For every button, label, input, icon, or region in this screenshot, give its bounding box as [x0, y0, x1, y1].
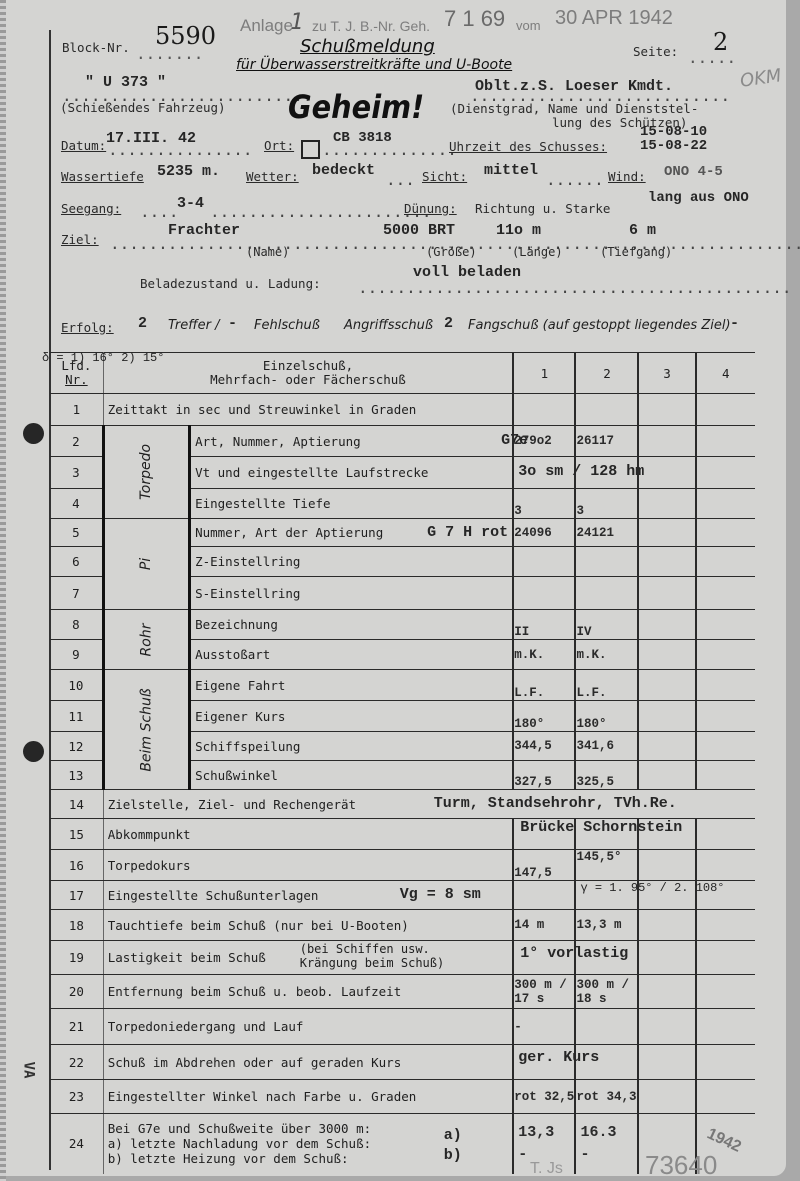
- row-value-3: [638, 519, 695, 547]
- ziel-groesse-value: 5000 BRT: [383, 222, 455, 239]
- row-number: 12: [50, 732, 103, 761]
- row-value-2: 3: [575, 489, 638, 519]
- row-value-3: [638, 941, 695, 975]
- row-value-2b: -: [576, 1144, 637, 1166]
- caption-groesse: (Größe): [426, 245, 477, 259]
- col-header-3: 3: [638, 353, 695, 394]
- ziel-label: Ziel:: [61, 232, 99, 247]
- row-value-3: [638, 610, 695, 640]
- caption-tiefgang: (Tiefgang): [600, 245, 672, 259]
- col-header-4: 4: [696, 353, 755, 394]
- ziel-name-value: Frachter: [168, 222, 240, 239]
- wassertiefe-value: 5235 m.: [157, 163, 220, 180]
- duenung-caption: Richtung u. Starke: [475, 201, 610, 216]
- row-value-4: [696, 761, 755, 790]
- row-value-1: II: [513, 610, 575, 640]
- row-value-2: L.F.: [575, 670, 638, 701]
- row-value-1: [513, 394, 575, 426]
- row-value-4: [696, 640, 755, 670]
- section-torpedo: Torpedo: [103, 426, 189, 519]
- row-value-3: [638, 701, 695, 732]
- stamp-anlage-number: 1: [290, 10, 303, 35]
- row-label: Ausstoßart: [190, 640, 514, 670]
- row-label: Bezeichnung: [190, 610, 514, 640]
- row-value-4: [696, 732, 755, 761]
- table-row: 14 Zielstelle, Ziel- und RechengerätTurm…: [50, 790, 755, 819]
- form-subtitle: für Überwasserstreitkräfte und U-Boote: [236, 57, 512, 73]
- row-value-3: [638, 489, 695, 519]
- row-value-2: [575, 577, 638, 610]
- shooter-value: Oblt.z.S. Loeser Kmdt.: [475, 78, 673, 95]
- fehlschuss-label: Fehlschuß: [254, 318, 320, 333]
- row-number: 22: [50, 1045, 103, 1080]
- row-label: Schiffspeilung: [190, 732, 514, 761]
- row-value-2: [575, 394, 638, 426]
- row-value-2: 24121: [575, 519, 638, 547]
- page-number: 2: [713, 28, 728, 56]
- seegang-value: 3-4: [177, 195, 204, 212]
- erfolg-label: Erfolg:: [61, 320, 114, 335]
- row-value-3: [638, 1009, 695, 1045]
- row-value-2: rot 34,3: [575, 1080, 638, 1114]
- col-header-desc-line2: Mehrfach- oder Fächerschuß: [104, 373, 513, 387]
- row-value-4: [696, 519, 755, 547]
- table-row: 22 Schuß im Abdrehen oder auf geraden Ku…: [50, 1045, 755, 1080]
- row-value-1: 279o2: [513, 426, 575, 457]
- table-row: 17 Eingestellte SchußunterlagenVg = 8 sm…: [50, 881, 755, 910]
- row-value-2: γ = 1. 95° / 2. 108°: [575, 881, 638, 910]
- row-number: 19: [50, 941, 103, 975]
- beladezustand-value: voll beladen: [413, 264, 521, 281]
- row-number: 5: [50, 519, 103, 547]
- row-number: 21: [50, 1009, 103, 1045]
- row-label: Eigener Kurs: [190, 701, 514, 732]
- col-header-2: 2: [575, 353, 638, 394]
- row-value-1: 327,5: [513, 761, 575, 790]
- row-value-2: 341,6: [575, 732, 638, 761]
- row-value-1: [513, 577, 575, 610]
- stamp-date: 30 APR 1942: [555, 7, 673, 30]
- row-label: Z-Einstellring: [190, 547, 514, 577]
- table-row: 2 Torpedo Art, Nummer, AptierungG7e 279o…: [50, 426, 755, 457]
- beladezustand-label: Beladezustand u. Ladung:: [140, 276, 321, 291]
- row-value-4: [696, 1009, 755, 1045]
- row-value-2: 16.3-: [575, 1114, 638, 1174]
- row-value-2a: 16.3: [576, 1122, 637, 1144]
- row-label-cell: Zielstelle, Ziel- und RechengerätTurm, S…: [103, 790, 755, 819]
- seegang-dots-2: .......................: [210, 202, 432, 221]
- row-value-1a: 13,3: [514, 1122, 574, 1144]
- row-value-1: 14 m: [513, 910, 575, 941]
- row-value-1: 300 m / 17 s: [513, 975, 575, 1009]
- section-pi: Pi: [103, 519, 189, 610]
- table-row: 23 Eingestellter Winkel nach Farbe u. Gr…: [50, 1080, 755, 1114]
- datum-value: 17.III. 42: [106, 130, 196, 147]
- row-number: 13: [50, 761, 103, 790]
- vessel-caption: (Schießendes Fahrzeug): [60, 100, 226, 115]
- row-value-1: m.K.: [513, 640, 575, 670]
- row-value-2: [575, 1009, 638, 1045]
- row-value-1: Brücke Schornstein: [513, 819, 575, 850]
- row-number: 14: [50, 790, 103, 819]
- wetter-value: bedeckt: [312, 162, 375, 179]
- page-label: Seite:: [633, 44, 678, 59]
- row-label: Nummer, Art der Aptierung: [195, 525, 383, 540]
- row-value-1: [513, 881, 575, 910]
- table-row: 5 Pi Nummer, Art der AptierungG 7 H rot …: [50, 519, 755, 547]
- row-label: Vt und eingestellte Laufstrecke: [190, 457, 514, 489]
- table-row: 1 Zeittakt in sec und Streuwinkel in Gra…: [50, 394, 755, 426]
- row-value-1: 147,5: [513, 850, 575, 881]
- row-label-note: (bei Schiffen usw. Krängung beim Schuß): [300, 942, 480, 970]
- row-value-3: [638, 394, 695, 426]
- row-number: 3: [50, 457, 103, 489]
- row-value-4: [696, 1045, 755, 1080]
- row-value-3: [638, 732, 695, 761]
- row-value-1: 3o sm / 128 hm: [513, 457, 575, 489]
- row-value-2: 13,3 m: [575, 910, 638, 941]
- col-header-description: Einzelschuß, Mehrfach- oder Fächerschuß: [103, 353, 513, 394]
- row-value-3: [638, 577, 695, 610]
- row-number: 24: [50, 1114, 103, 1174]
- row-number: 11: [50, 701, 103, 732]
- row-number: 8: [50, 610, 103, 640]
- table-row: 21 Torpedoniedergang und Lauf -: [50, 1009, 755, 1045]
- wetter-label: Wetter:: [246, 169, 299, 184]
- row-value-4: [696, 941, 755, 975]
- row-value-2: [575, 547, 638, 577]
- seegang-label: Seegang:: [61, 201, 121, 216]
- row-label: Torpedoniedergang und Lauf: [103, 1009, 513, 1045]
- row-label: Schußwinkel: [190, 761, 514, 790]
- row-value-1: -: [513, 1009, 575, 1045]
- row-value-2: 180°: [575, 701, 638, 732]
- row-number: 16: [50, 850, 103, 881]
- section-torpedo-label: Torpedo: [138, 444, 154, 500]
- stamp-vom: vom: [516, 18, 541, 33]
- row-label: Eingestellte Tiefe: [190, 489, 514, 519]
- ort-value: CB 3818: [333, 130, 392, 146]
- row-value-3: [638, 975, 695, 1009]
- punch-hole: [23, 423, 44, 444]
- perforated-edge: [0, 0, 6, 1181]
- shooter-caption-1: (Dienstgrad, Name und Dienststel-: [450, 101, 698, 116]
- row-value-4: [696, 547, 755, 577]
- row-label-cell: Lastigkeit beim Schuß(bei Schiffen usw. …: [103, 941, 513, 975]
- row-value-1: 3: [513, 489, 575, 519]
- row-label-cell: Nummer, Art der AptierungG 7 H rot: [190, 519, 514, 547]
- row-value-3: [638, 457, 695, 489]
- row-label: Art, Nummer, Aptierung: [195, 434, 361, 449]
- row-value-4: [696, 670, 755, 701]
- row-value-4: [696, 610, 755, 640]
- col-header-nr-line2: Nr.: [50, 373, 103, 387]
- row-value-2: [575, 941, 638, 975]
- row-value-2: IV: [575, 610, 638, 640]
- sicht-value: mittel: [484, 162, 538, 179]
- row-label: S-Einstellring: [190, 577, 514, 610]
- row-value-3: [638, 881, 695, 910]
- row-label-cell: Bei G7e und Schußweite über 3000 m: a) l…: [103, 1114, 513, 1174]
- fangschuss-label: Fangschuß (auf gestoppt liegendes Ziel): [468, 318, 731, 333]
- stamp-anlage: Anlage: [240, 16, 293, 36]
- row-value-1: [513, 547, 575, 577]
- table-row: 8 Rohr Bezeichnung II IV: [50, 610, 755, 640]
- row-label: Eingestellte Schußunterlagen: [108, 888, 319, 903]
- ort-label: Ort:: [264, 138, 294, 153]
- angriffsschuss-value: 2: [444, 315, 453, 332]
- row-value-3: [638, 1080, 695, 1114]
- row-label: Eingestellter Winkel nach Farbe u. Grade…: [103, 1080, 513, 1114]
- col-header-1: 1: [513, 353, 575, 394]
- ziel-laenge-value: 11o m: [496, 222, 541, 239]
- row-number: 23: [50, 1080, 103, 1114]
- row-number: 7: [50, 577, 103, 610]
- row-value-2: 325,5: [575, 761, 638, 790]
- uhrzeit-value-2: 15-08-22: [640, 138, 707, 154]
- row-number: 18: [50, 910, 103, 941]
- section-rohr-label: Rohr: [138, 623, 154, 656]
- caption-laenge: (Länge): [512, 245, 563, 259]
- section-beim-schuss-label: Beim Schuß: [138, 688, 154, 771]
- row-number: 1: [50, 394, 103, 426]
- row-value-2: [575, 1045, 638, 1080]
- row-value-4: [696, 701, 755, 732]
- row-value-4: [696, 426, 755, 457]
- row-value-3: [638, 426, 695, 457]
- row-number: 20: [50, 975, 103, 1009]
- angriffsschuss-label: Angriffsschuß: [344, 318, 433, 333]
- row-value-4: [696, 850, 755, 881]
- ort-checkbox: [301, 140, 320, 159]
- table-row: 19 Lastigkeit beim Schuß(bei Schiffen us…: [50, 941, 755, 975]
- row-value-2: m.K.: [575, 640, 638, 670]
- wind-label: Wind:: [608, 169, 646, 184]
- seegang-dots: ....: [140, 202, 179, 221]
- row-value-4: [696, 394, 755, 426]
- row-value-4: [696, 910, 755, 941]
- row-inline-value: G 7 H rot: [427, 524, 508, 541]
- row-value-2: 145,5°: [575, 850, 638, 881]
- block-label: Block-Nr.: [62, 40, 130, 55]
- row-number: 9: [50, 640, 103, 670]
- row-value-1: 24096: [513, 519, 575, 547]
- ziel-tiefgang-value: 6 m: [629, 222, 656, 239]
- section-rohr: Rohr: [103, 610, 189, 670]
- row-value-1: 1° vorlastig: [513, 941, 575, 975]
- uhrzeit-label: Uhrzeit des Schusses:: [449, 139, 607, 154]
- treffer-value: 2: [138, 315, 147, 332]
- row-number: 15: [50, 819, 103, 850]
- footer-stamp-number: 73640: [645, 1150, 717, 1181]
- duenung-label: Dünung:: [404, 201, 457, 216]
- row-label: Tauchtiefe beim Schuß (nur bei U-Booten): [103, 910, 513, 941]
- fehlschuss-value: -: [228, 315, 237, 332]
- row-label: Entfernung beim Schuß u. beob. Laufzeit: [103, 975, 513, 1009]
- vessel-value: " U 373 ": [85, 74, 166, 91]
- sicht-dots: ......: [546, 170, 604, 189]
- row-number: 10: [50, 670, 103, 701]
- row-label: Lastigkeit beim Schuß: [108, 950, 266, 965]
- row-value-1: ger. Kurs: [513, 1045, 575, 1080]
- wind-value: ONO 4-5: [664, 164, 723, 180]
- section-pi-label: Pi: [138, 558, 154, 570]
- wassertiefe-label: Wassertiefe: [61, 169, 144, 184]
- secret-stamp: Geheim!: [288, 88, 424, 126]
- row-value-4: [696, 457, 755, 489]
- fangschuss-value: -: [730, 315, 739, 332]
- table-row: 15 Abkommpunkt Brücke Schornstein: [50, 819, 755, 850]
- row-value-2: [575, 457, 638, 489]
- row-inline-value: Vg = 8 sm: [400, 886, 481, 903]
- row-value-4: [696, 1080, 755, 1114]
- row-number: 2: [50, 426, 103, 457]
- row-value-2: 300 m / 18 s: [575, 975, 638, 1009]
- stamp-reference: zu T. J. B.-Nr. Geh.: [312, 18, 430, 34]
- form-title: Schußmeldung: [300, 36, 435, 57]
- row-label: Torpedokurs: [103, 850, 513, 881]
- row-value-3: [638, 819, 695, 850]
- row-value-3: [638, 670, 695, 701]
- shot-data-table: Lfd. Nr. Einzelschuß, Mehrfach- oder Fäc…: [50, 352, 755, 1174]
- row-value-4: [696, 577, 755, 610]
- row-value-4: [696, 489, 755, 519]
- sicht-label: Sicht:: [422, 169, 467, 184]
- row-inline-b: b): [444, 1148, 462, 1163]
- table-row: 16 Torpedokurs 147,5 145,5°: [50, 850, 755, 881]
- side-mark: VA: [20, 1062, 36, 1079]
- row-label-cell: Art, Nummer, AptierungG7e: [190, 426, 514, 457]
- table-row: 10 Beim Schuß Eigene Fahrt L.F. L.F.: [50, 670, 755, 701]
- row-value-2: [575, 819, 638, 850]
- treffer-label: Treffer /: [168, 318, 220, 333]
- row-value-4: [696, 819, 755, 850]
- caption-name: (Name): [246, 245, 289, 259]
- row-value-3: [638, 761, 695, 790]
- row-inline-a: a): [444, 1128, 462, 1143]
- row-value-2: 26117: [575, 426, 638, 457]
- duenung-value: lang aus ONO: [648, 190, 749, 206]
- row-value-4: [696, 975, 755, 1009]
- punch-hole: [23, 741, 44, 762]
- row-label: Eigene Fahrt: [190, 670, 514, 701]
- row-number: 4: [50, 489, 103, 519]
- row-label: Zeittakt in sec und Streuwinkel in Grade…: [103, 394, 513, 426]
- row-value-1: 344,5: [513, 732, 575, 761]
- row-value-3: [638, 547, 695, 577]
- row-inline-value: Turm, Standsehrohr, TVh.Re.: [434, 795, 677, 812]
- table-row: 18 Tauchtiefe beim Schuß (nur bei U-Boot…: [50, 910, 755, 941]
- row-label-cell: Eingestellte SchußunterlagenVg = 8 sm: [103, 881, 513, 910]
- row-label: Abkommpunkt: [103, 819, 513, 850]
- row-value-1: rot 32,5: [513, 1080, 575, 1114]
- row-value-3: [638, 640, 695, 670]
- row-label: Zielstelle, Ziel- und Rechengerät: [108, 797, 356, 812]
- row-value-3: [638, 910, 695, 941]
- row-value-3: [638, 1045, 695, 1080]
- row-value-1: L.F.: [513, 670, 575, 701]
- row-value-3: [638, 850, 695, 881]
- row-number: 17: [50, 881, 103, 910]
- datum-label: Datum:: [61, 138, 106, 153]
- wetter-dots: ...: [386, 170, 415, 189]
- row-value-1: 180°: [513, 701, 575, 732]
- row-label: Schuß im Abdrehen oder auf geraden Kurs: [103, 1045, 513, 1080]
- block-number: 5590: [155, 22, 216, 50]
- col-header-desc-line1: Einzelschuß,: [104, 359, 513, 373]
- row-number: 6: [50, 547, 103, 577]
- section-beim-schuss: Beim Schuß: [103, 670, 189, 790]
- footer-stamp-left: T. Js: [530, 1160, 563, 1178]
- table-row: 20 Entfernung beim Schuß u. beob. Laufze…: [50, 975, 755, 1009]
- stamp-reference-number: 7 1 69: [444, 6, 505, 32]
- row-value-4-text: δ = 1) 16° 2) 15°: [42, 351, 164, 365]
